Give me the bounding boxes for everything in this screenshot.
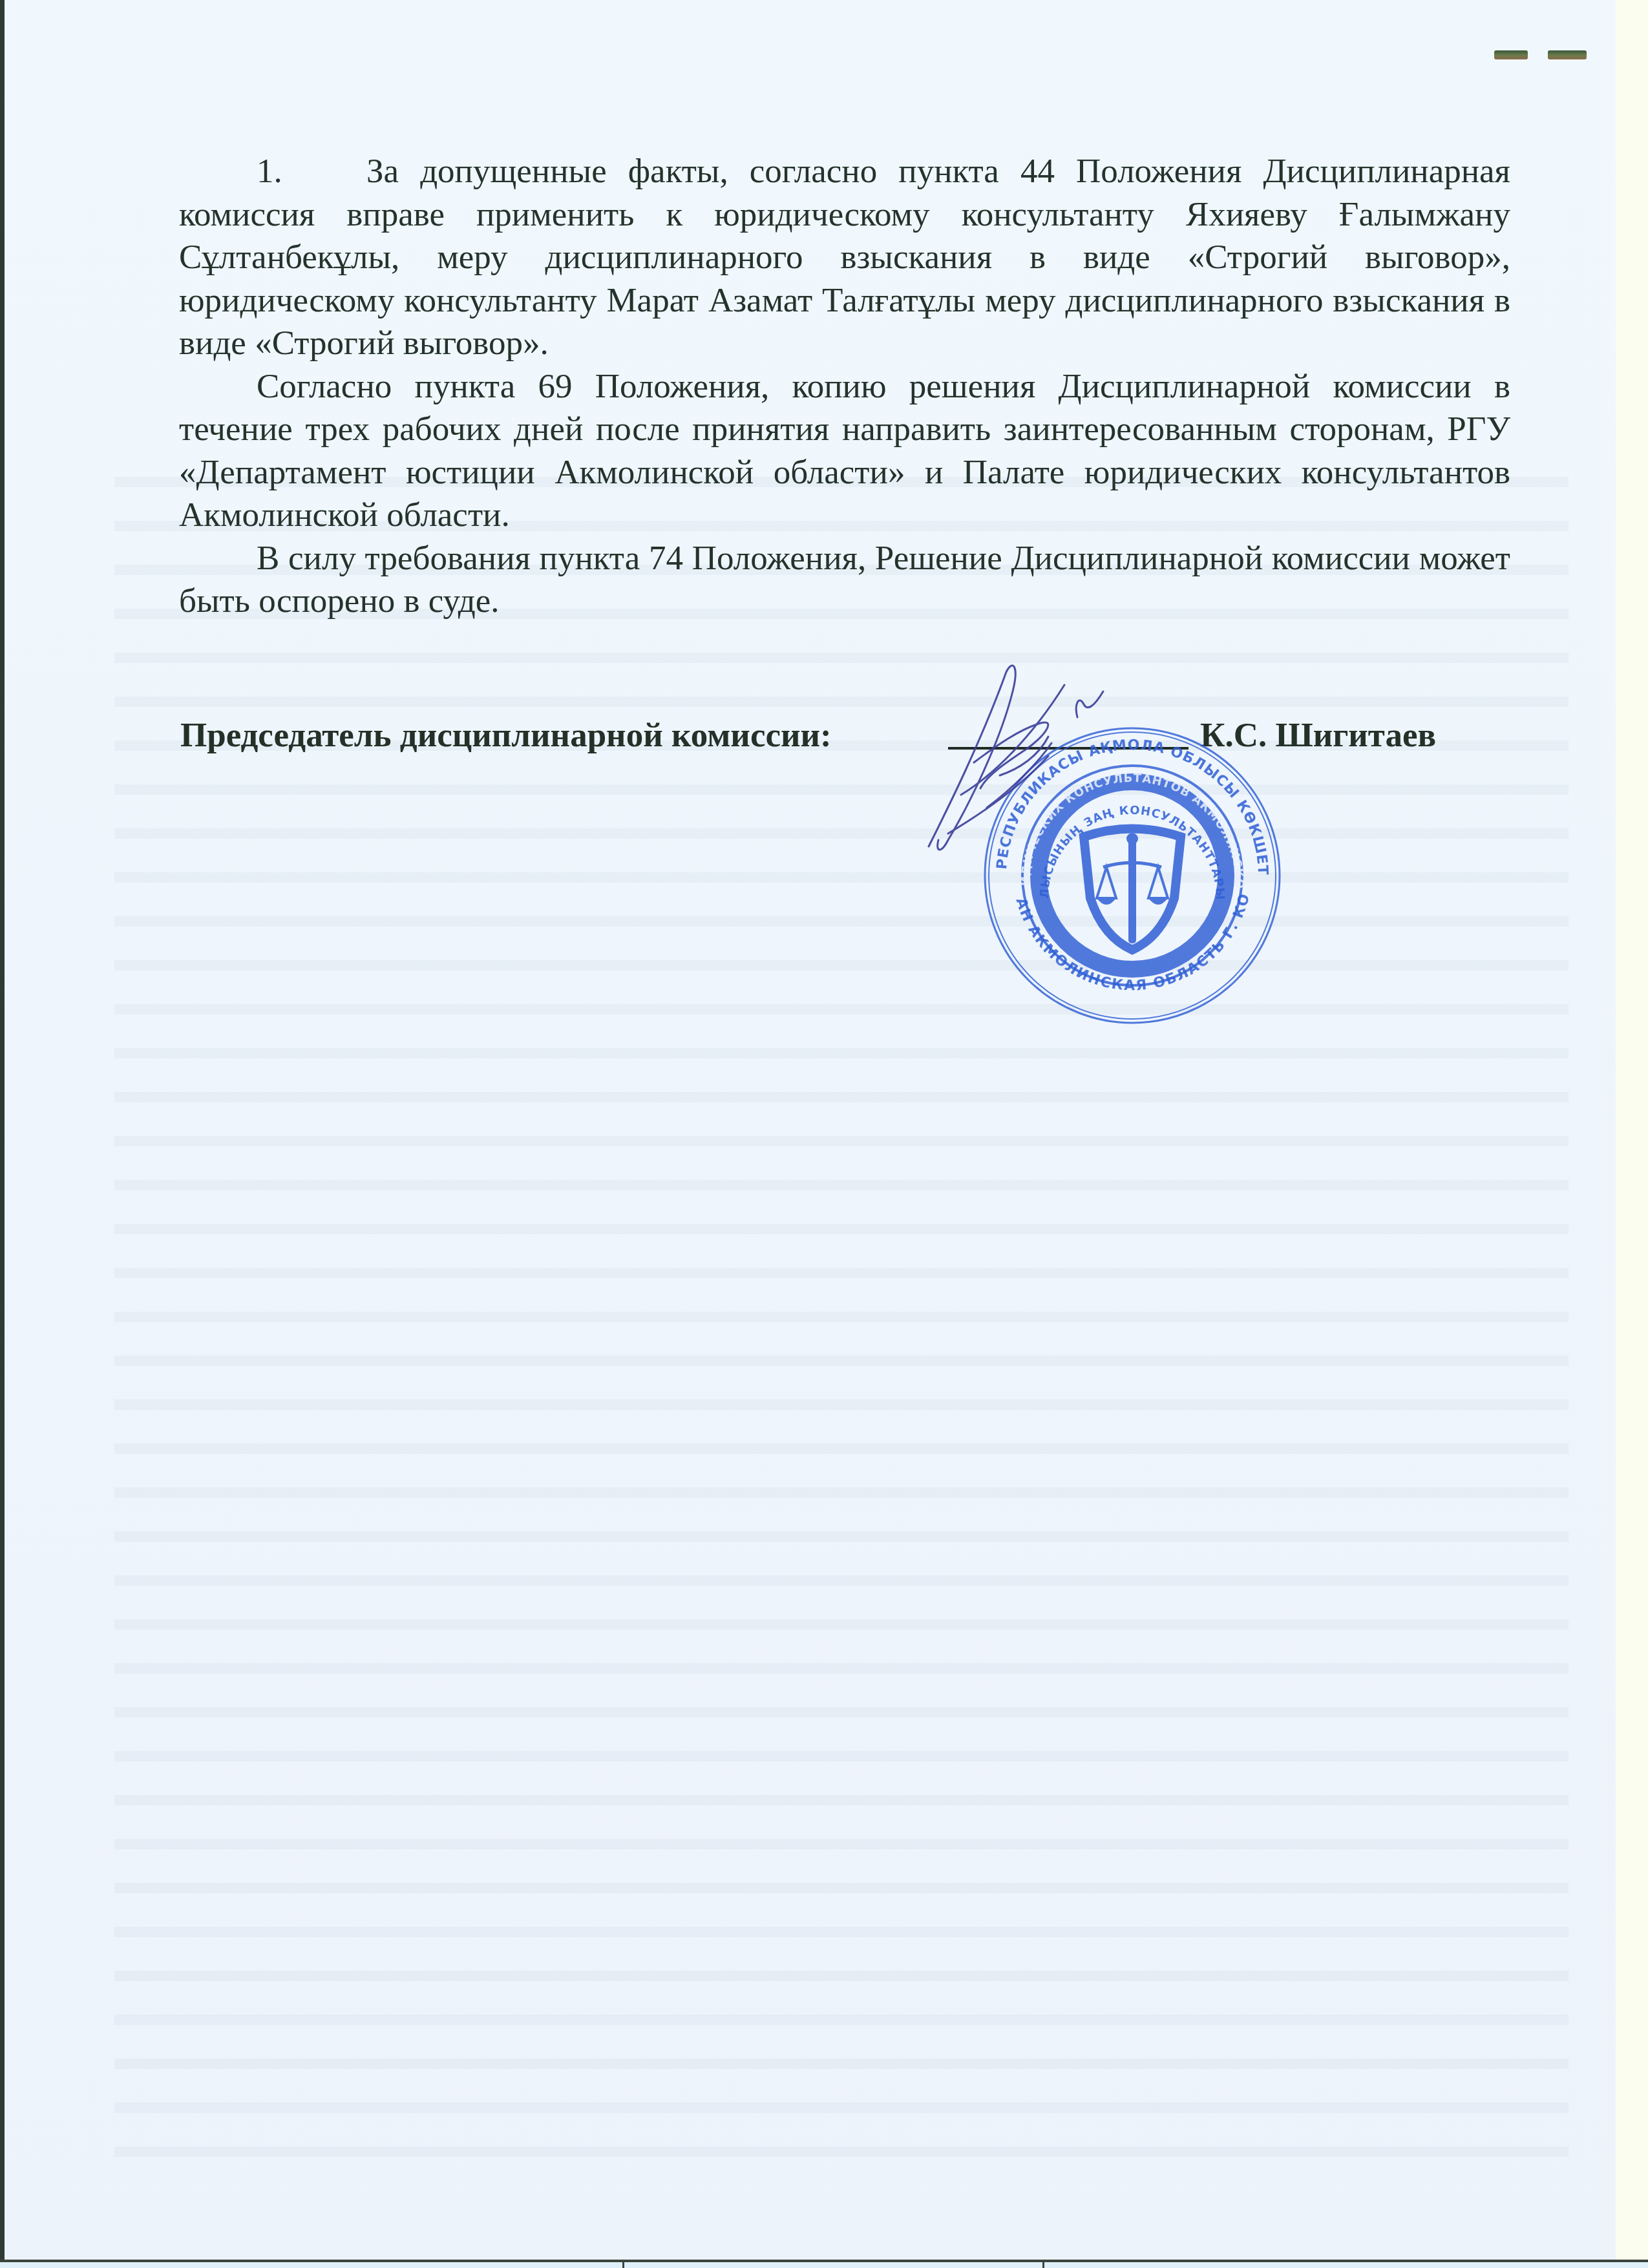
document-body: 1.За допущенные факты, согласно пункта 4… — [179, 150, 1510, 623]
paragraph-appeal-right: В силу требования пункта 74 Положения, Р… — [179, 537, 1510, 623]
edge-divider — [622, 2262, 624, 2268]
reverse-side-bleed-through — [114, 452, 1569, 2165]
paragraph-copy-distribution: Согласно пункта 69 Положения, копию реше… — [179, 365, 1510, 537]
staple-mark-icon — [1494, 50, 1528, 59]
document-page: 1.За допущенные факты, согласно пункта 4… — [0, 0, 1616, 2260]
handwritten-signature — [909, 646, 1129, 859]
signatory-title: Председатель дисциплинарной комиссии: — [180, 716, 832, 755]
signature-block: Председатель дисциплинарной комиссии: К.… — [180, 716, 1525, 761]
paragraph-item-1: 1.За допущенные факты, согласно пункта 4… — [179, 150, 1510, 365]
paragraph-text: За допущенные факты, согласно пункта 44 … — [179, 152, 1510, 362]
paragraph-number: 1. — [257, 150, 366, 193]
edge-divider — [1042, 2262, 1044, 2268]
staple-mark-icon — [1548, 50, 1587, 59]
scan-bottom-edge — [0, 2260, 1648, 2268]
